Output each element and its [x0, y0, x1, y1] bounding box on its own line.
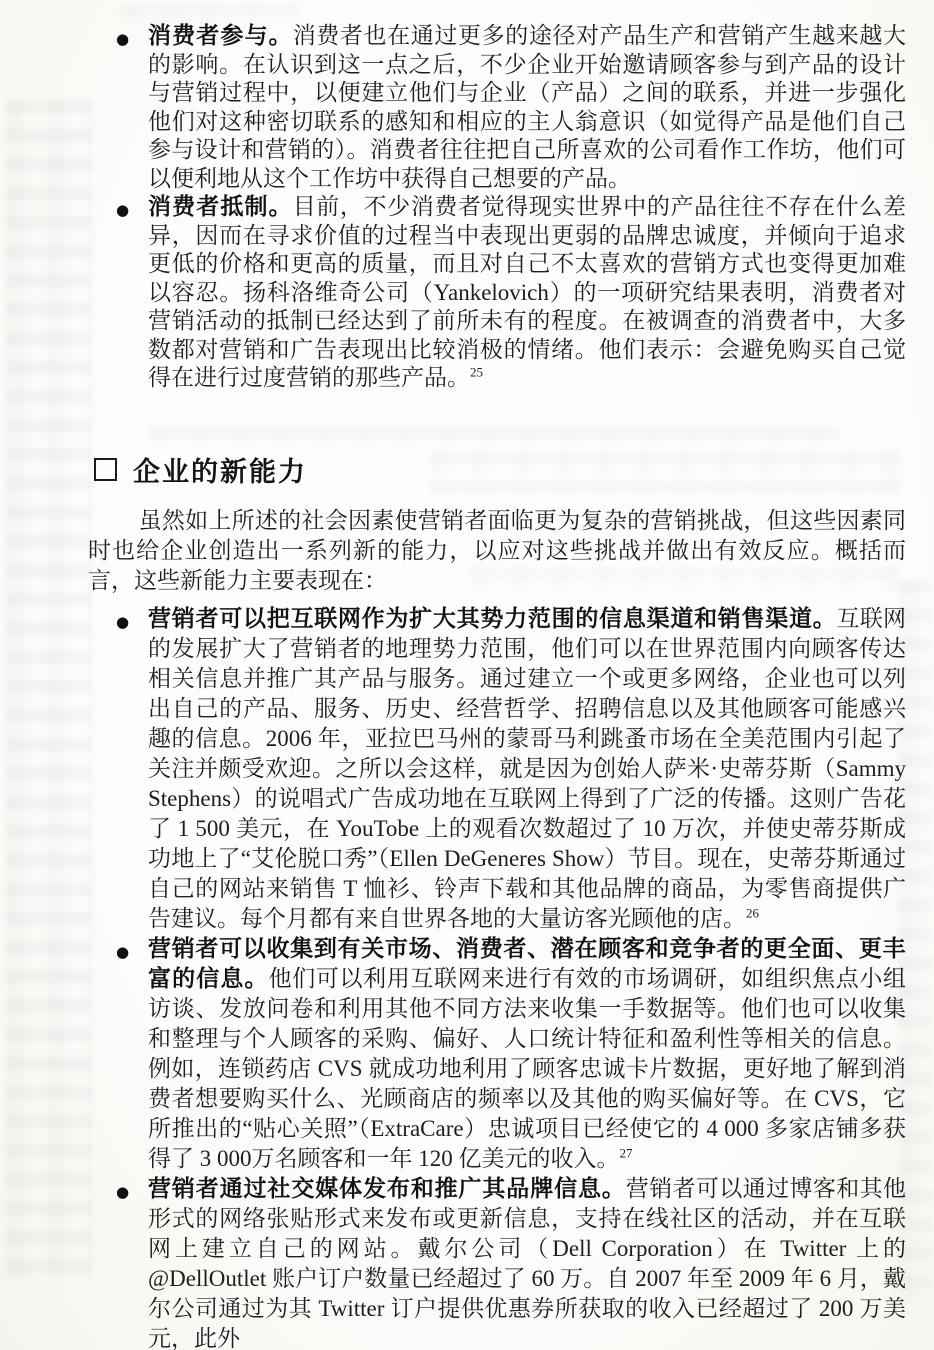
consumer-factors-list: ● 消费者参与。消费者也在通过更多的途径对产品生产和营销产生越来越大的影响。在认… — [116, 22, 906, 393]
list-item-consumer-resistance: ● 消费者抵制。目前，不少消费者觉得现实世界中的产品往往不存在什么差异，因而在寻… — [116, 193, 906, 393]
bullet-body: 目前，不少消费者觉得现实世界中的产品往往不存在什么差异，因而在寻求价值的过程当中… — [148, 194, 906, 390]
bullet-icon: ● — [116, 196, 129, 225]
section-square-icon — [94, 458, 117, 481]
bullet-lead: 营销者可以把互联网作为扩大其势力范围的信息渠道和销售渠道。 — [148, 606, 837, 632]
book-page: ● 消费者参与。消费者也在通过更多的途径对产品生产和营销产生越来越大的影响。在认… — [0, 0, 934, 1350]
list-item-richer-information: ● 营销者可以收集到有关市场、消费者、潜在顾客和竞争者的更全面、更丰富的信息。他… — [116, 934, 906, 1174]
footnote-ref: 26 — [746, 905, 759, 920]
bullet-body: 互联网的发展扩大了营销者的地理势力范围，他们可以在世界范围内向顾客传达相关信息并… — [148, 606, 906, 931]
section-heading: 企业的新能力 — [94, 450, 307, 489]
bleed-through-noise — [430, 452, 900, 494]
bullet-icon: ● — [116, 25, 129, 54]
list-item-internet-channel: ● 营销者可以把互联网作为扩大其势力范围的信息渠道和销售渠道。互联网的发展扩大了… — [116, 604, 906, 934]
bullet-icon: ● — [116, 1177, 129, 1207]
footnote-ref: 27 — [620, 1145, 633, 1160]
bullet-lead: 营销者通过社交媒体发布和推广其品牌信息。 — [148, 1176, 626, 1202]
bullet-body: 营销者可以通过博客和其他形式的网络张贴形式来发布或更新信息，支持在线社区的活动，… — [148, 1176, 906, 1350]
bullet-icon: ● — [116, 607, 129, 637]
footnote-ref: 25 — [470, 364, 483, 379]
bullet-icon: ● — [116, 937, 129, 967]
list-item-consumer-participation: ● 消费者参与。消费者也在通过更多的途径对产品生产和营销产生越来越大的影响。在认… — [116, 22, 906, 193]
bullet-lead: 消费者参与。 — [148, 23, 293, 49]
bleed-through-noise — [150, 426, 840, 448]
intro-paragraph: 虽然如上所述的社会因素使营销者面临更为复杂的营销挑战，但这些因素同时也给企业创造… — [88, 506, 906, 596]
bullet-body: 他们可以利用互联网来进行有效的市场调研，如组织焦点小组访谈、发放问卷和利用其他不… — [148, 966, 906, 1171]
section-title: 企业的新能力 — [133, 450, 307, 489]
bleed-through-noise — [120, 4, 300, 24]
new-capabilities-list: ● 营销者可以把互联网作为扩大其势力范围的信息渠道和销售渠道。互联网的发展扩大了… — [116, 604, 906, 1350]
bleed-through-noise — [6, 100, 92, 1280]
list-item-social-media: ● 营销者通过社交媒体发布和推广其品牌信息。营销者可以通过博客和其他形式的网络张… — [116, 1174, 906, 1350]
bullet-lead: 消费者抵制。 — [148, 194, 293, 220]
